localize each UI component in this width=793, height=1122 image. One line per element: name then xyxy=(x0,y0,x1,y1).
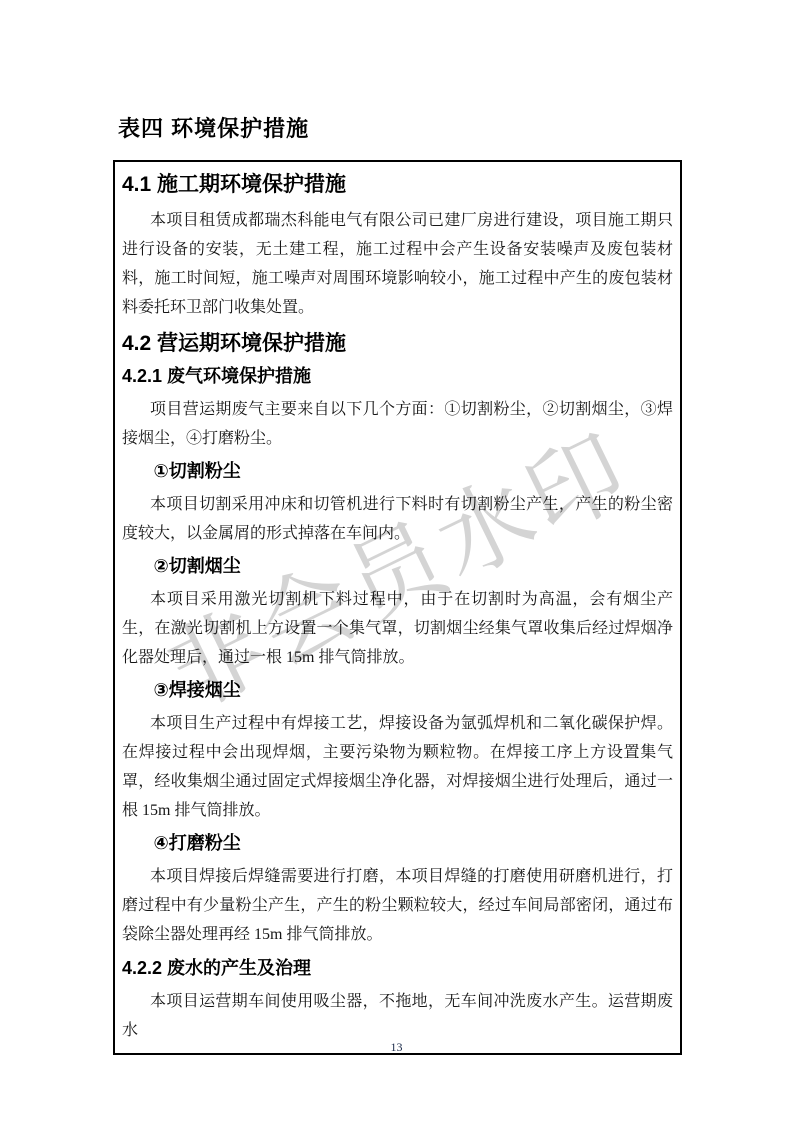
paragraph-grinding-dust: 本项目焊接后焊缝需要进行打磨，本项目焊缝的打磨使用研磨机进行，打磨过程中有少量粉… xyxy=(122,862,673,949)
item-heading-grinding-dust: ④打磨粉尘 xyxy=(122,832,673,855)
subsection-heading-4-2-1: 4.2.1 废气环境保护措施 xyxy=(122,365,673,388)
paragraph-cutting-dust: 本项目切割采用冲床和切管机进行下料时有切割粉尘产生，产生的粉尘密度较大，以金属屑… xyxy=(122,490,673,548)
section-heading-4-2: 4.2 营运期环境保护措施 xyxy=(122,331,673,357)
subsection-heading-4-2-2: 4.2.2 废水的产生及治理 xyxy=(122,957,673,980)
paragraph-waste-gas-intro: 项目营运期废气主要来自以下几个方面：①切割粉尘，②切割烟尘，③焊接烟尘，④打磨粉… xyxy=(122,395,673,453)
paragraph-wastewater: 本项目运营期车间使用吸尘器，不拖地，无车间冲洗废水产生。运营期废水 xyxy=(122,987,673,1045)
item-heading-cutting-dust: ①切割粉尘 xyxy=(122,460,673,483)
item-heading-welding-fume: ③焊接烟尘 xyxy=(122,679,673,702)
page-title: 表四 环境保护措施 xyxy=(118,112,309,143)
paragraph-construction-period: 本项目租赁成都瑞杰科能电气有限公司已建厂房进行建设，项目施工期只进行设备的安装，… xyxy=(122,206,673,322)
paragraph-cutting-fume: 本项目采用激光切割机下料过程中，由于在切割时为高温，会有烟尘产生，在激光切割机上… xyxy=(122,585,673,672)
paragraph-welding-fume: 本项目生产过程中有焊接工艺，焊接设备为氩弧焊机和二氧化碳保护焊。在焊接过程中会出… xyxy=(122,709,673,825)
item-heading-cutting-fume: ②切割烟尘 xyxy=(122,555,673,578)
document-page: 非会员水印 表四 环境保护措施 4.1 施工期环境保护措施 本项目租赁成都瑞杰科… xyxy=(0,0,793,1122)
content-box: 4.1 施工期环境保护措施 本项目租赁成都瑞杰科能电气有限公司已建厂房进行建设，… xyxy=(113,160,682,1055)
page-number: 13 xyxy=(0,1040,793,1055)
section-heading-4-1: 4.1 施工期环境保护措施 xyxy=(122,172,673,198)
